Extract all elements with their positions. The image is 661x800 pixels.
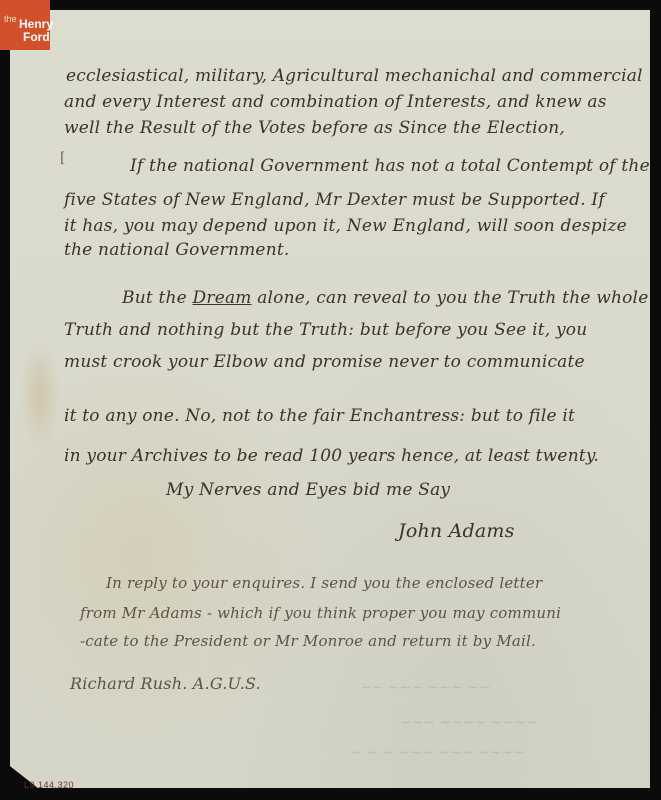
bleed-through-text: ~~~ ~~~~ ~~~~ xyxy=(400,715,538,731)
letter-line: well the Result of the Votes before as S… xyxy=(64,118,565,138)
logo-ford: Ford xyxy=(23,31,50,43)
but-prefix: But xyxy=(122,288,158,308)
logo-the: the xyxy=(4,14,17,24)
postscript-line: In reply to your enquires. I send you th… xyxy=(106,574,542,592)
postscript-line: from Mr Adams - which if you think prope… xyxy=(80,604,561,622)
dream-underlined-word: Dream xyxy=(193,288,252,308)
letter-line: Truth and nothing but the Truth: but bef… xyxy=(64,320,587,340)
letter-line: five States of New England, Mr Dexter mu… xyxy=(64,190,605,210)
letter-line: must crook your Elbow and promise never … xyxy=(64,352,585,372)
letter-line: If the national Government has not a tot… xyxy=(130,156,650,176)
letter-line: the national Government. xyxy=(64,240,289,260)
letter-line-dream: But the Dream alone, can reveal to you t… xyxy=(122,288,648,308)
paper-stain xyxy=(20,340,60,450)
signature-richard-rush: Richard Rush. A.G.U.S. xyxy=(70,674,261,693)
letter-line: it to any one. No, not to the fair Encha… xyxy=(64,406,575,426)
letter-line: ecclesiastical, military, Agricultural m… xyxy=(66,66,643,86)
logo-henry: Henry xyxy=(19,18,53,30)
letter-line: and every Interest and combination of In… xyxy=(64,92,607,112)
letter-line-rest: the Dream alone, can reveal to you the T… xyxy=(158,288,648,308)
signature-john-adams: John Adams xyxy=(398,520,515,542)
letter-line: My Nerves and Eyes bid me Say xyxy=(166,480,450,500)
bleed-through-text: ~~ ~~~ ~~~ ~~ xyxy=(360,680,491,696)
margin-mark: [ xyxy=(60,150,65,166)
letter-line: in your Archives to be read 100 years he… xyxy=(64,446,599,466)
bleed-through-text: ~ ~ ~ ~~~ ~~~ ~~~~ xyxy=(350,745,525,761)
accession-number: L9.144.320 xyxy=(24,780,74,790)
postscript-line: -cate to the President or Mr Monroe and … xyxy=(80,632,536,650)
letter-line: it has, you may depend upon it, New Engl… xyxy=(64,216,627,236)
henry-ford-logo: the Henry Ford xyxy=(0,0,50,50)
